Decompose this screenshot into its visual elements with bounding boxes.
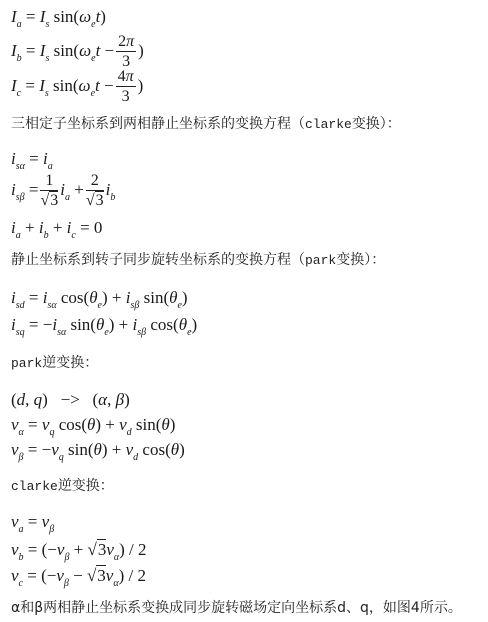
equation-ic: Ic = Is sin(ωet −4π3) — [11, 68, 143, 106]
equation-va: va = vβ — [11, 513, 54, 535]
equation-vb: vb = (−vβ + √3vα) / 2 — [11, 541, 147, 563]
equation-sum-zero: ia + ib + ic = 0 — [11, 219, 102, 241]
clarke-heading: 三相定子坐标系到两相静止坐标系的变换方程（clarke变换）： — [11, 116, 401, 133]
equation-isbeta: isβ =1√3ia +2√3ib — [11, 172, 115, 210]
equation-isalpha: isα = ia — [11, 150, 53, 172]
equation-vc: vc = (−vβ − √3vα) / 2 — [11, 567, 146, 589]
equation-vbeta: vβ = −vq sin(θ) + vd cos(θ) — [11, 441, 185, 463]
inverse-clarke-heading: clarke逆变换： — [11, 478, 114, 495]
equation-ib: Ib = Is sin(ωet −2π3) — [11, 33, 144, 71]
equation-isq: isq = −isα sin(θe) + isβ cos(θe) — [11, 316, 197, 338]
equation-isd: isd = isα cos(θe) + isβ sin(θe) — [11, 289, 188, 311]
footer-text: α和β两相静止坐标系变换成同步旋转磁场定向坐标系d、q，如图4所示。 — [11, 600, 462, 616]
mapping-dq-alphabeta: (d, q) −> (α, β) — [11, 391, 130, 408]
inverse-park-heading: park逆变换： — [11, 355, 98, 372]
equation-valpha: vα = vq cos(θ) + vd sin(θ) — [11, 416, 175, 438]
equation-ia: Ia = Is sin(ωet) — [11, 8, 106, 30]
park-heading: 静止坐标系到转子同步旋转坐标系的变换方程（park变换）： — [11, 252, 385, 269]
